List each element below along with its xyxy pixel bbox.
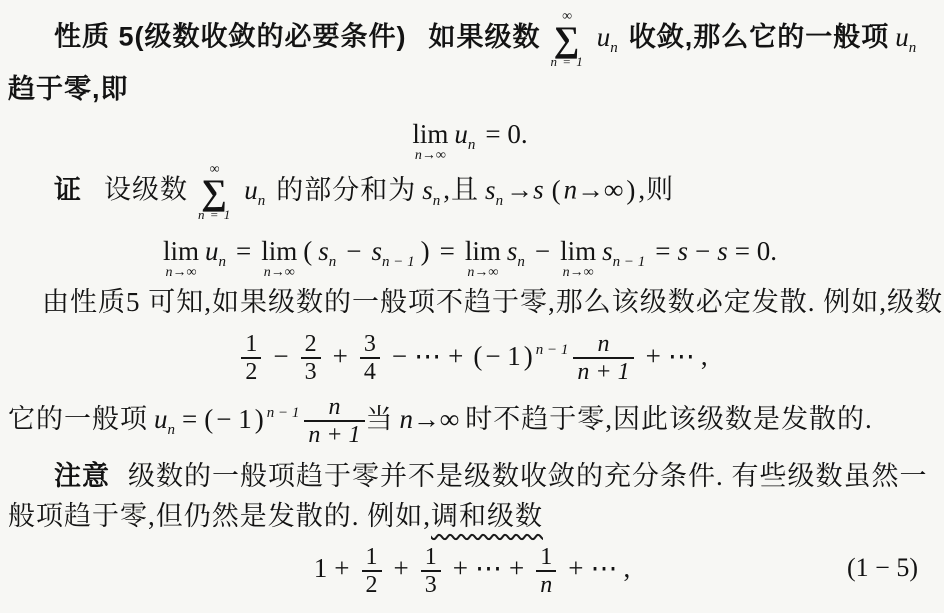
plus-operator: +: [448, 341, 463, 371]
s-variable: s: [533, 175, 544, 205]
plus-operator: +: [646, 341, 661, 371]
u-variable: u: [244, 175, 258, 205]
property5-tail-text: 趋于零,即: [8, 74, 129, 104]
s-variable: s: [318, 236, 329, 266]
when-text: 当: [366, 404, 394, 434]
note-text-1: 级数的一般项趋于零并不是级数收敛的充分条件. 有些级数虽然一: [128, 461, 928, 491]
term-s-n-1: sn − 1: [371, 236, 414, 266]
n-subscript: n: [433, 193, 441, 209]
term-u-n: un: [154, 404, 175, 434]
minus-operator: −: [695, 236, 710, 266]
note-label: 注意: [54, 461, 110, 491]
equals-operator: =: [655, 236, 670, 266]
partial-sum-text: 的部分和为: [276, 175, 416, 205]
cdots-symbol: ⋯: [590, 553, 617, 583]
s-variable: s: [507, 236, 518, 266]
s-variable: s: [371, 236, 382, 266]
plus-operator: +: [334, 553, 349, 583]
diverges-text: 时不趋于零,因此该级数是发散的.: [465, 404, 873, 434]
u-variable: u: [454, 119, 468, 149]
lim-word: lim: [261, 238, 297, 264]
sigma-icon: ∑: [198, 176, 231, 208]
n-minus-1-subscript: n − 1: [382, 254, 415, 270]
summation-symbol: ∞∑n = 1: [551, 10, 584, 69]
property5-lead-text: 如果级数: [429, 22, 541, 52]
note-line2: 般项趋于零,但仍然是发散的. 例如,调和级数: [8, 496, 936, 536]
comma-symbol: ,: [623, 553, 630, 583]
n-to-infinity: n→∞: [400, 404, 460, 434]
open-paren: (: [552, 175, 561, 205]
u-variable: u: [895, 22, 909, 52]
numerator: 1: [362, 545, 382, 570]
open-paren: (: [204, 404, 213, 434]
open-paren: (: [303, 236, 312, 266]
numerator: 1: [241, 332, 261, 357]
sum-lower-limit: n = 1: [551, 55, 584, 69]
n-minus-1-exponent: n − 1: [267, 405, 300, 421]
close-paren: ): [626, 175, 635, 205]
term-s-n: sn: [318, 236, 336, 266]
property5-line2: 趋于零,即: [8, 69, 936, 109]
plus-operator: +: [568, 553, 583, 583]
proof-label: 证: [54, 175, 82, 205]
denominator: 2: [241, 357, 261, 385]
fraction-3-4: 34: [360, 332, 380, 385]
fraction-1-2: 12: [362, 545, 382, 598]
denominator: 4: [360, 357, 380, 385]
denominator: n + 1: [304, 420, 364, 448]
numerator: 1: [536, 545, 556, 570]
summation-symbol: ∞∑n = 1: [198, 163, 231, 222]
term-u-n: un: [454, 119, 475, 149]
sum-lower-limit: n = 1: [198, 208, 231, 222]
n-subscript: n: [329, 254, 337, 270]
by-property5-text: 由性质5 可知,如果级数的一般项不趋于零,那么该级数必定发散. 例如,级数: [42, 287, 943, 317]
sigma-icon: ∑: [551, 23, 584, 55]
u-variable: u: [205, 236, 219, 266]
textbook-page: 性质 5(级数收敛的必要条件)如果级数∞∑n = 1un收敛,那么它的一般项un…: [0, 0, 944, 613]
proof-setup-text: 设级数: [104, 175, 188, 205]
minus-operator: −: [346, 236, 361, 266]
by-property5-paragraph: 由性质5 可知,如果级数的一般项不趋于零,那么该级数必定发散. 例如,级数: [8, 282, 936, 322]
lim-operator: limn→∞: [560, 238, 596, 280]
plus-operator: +: [453, 553, 468, 583]
denominator: 3: [301, 357, 321, 385]
numerator: n: [304, 395, 364, 420]
lim-word: lim: [412, 121, 448, 147]
lim-word: lim: [465, 238, 501, 264]
n-minus-1-exponent: n − 1: [536, 342, 569, 358]
s-variable: s: [485, 175, 496, 205]
lim-operator: limn→∞: [465, 238, 501, 280]
term-u-n: un: [895, 22, 916, 52]
proof-line: 证设级数∞∑n = 1un的部分和为sn,且sn→s(n→∞),则: [8, 163, 936, 222]
note-text-2: 般项趋于零,但仍然是发散的. 例如,: [8, 501, 431, 531]
equation-number: (1 − 5): [847, 538, 918, 598]
formula-alternating-series: 12−23+34−⋯+(− 1)n − 1nn + 1+⋯,: [8, 326, 936, 386]
equals-operator: =: [440, 236, 455, 266]
s-variable: s: [422, 175, 433, 205]
n-subscript: n: [258, 193, 266, 209]
u-variable: u: [154, 404, 168, 434]
lim-subscript: n→∞: [465, 265, 501, 280]
equals-zero: = 0.: [735, 236, 777, 266]
cdots-symbol: ⋯: [414, 341, 441, 371]
general-term-paragraph: 它的一般项un=(− 1)n − 1nn + 1当n→∞时不趋于零,因此该级数是…: [8, 390, 936, 448]
s-variable: s: [678, 236, 689, 266]
arrow-symbol: →: [506, 175, 533, 205]
equals-zero: = 0.: [485, 119, 527, 149]
lim-word: lim: [163, 238, 199, 264]
close-paren: ): [524, 341, 533, 371]
denominator: n: [536, 570, 556, 598]
close-paren: ): [421, 236, 430, 266]
numerator: 2: [301, 332, 321, 357]
formula-lim-un-zero: limn→∞un= 0.: [8, 111, 936, 163]
lim-operator: limn→∞: [163, 238, 199, 280]
then-text: ,则: [638, 175, 674, 205]
denominator: n + 1: [573, 357, 633, 385]
s-variable: s: [602, 236, 613, 266]
term-s-n: sn: [422, 175, 440, 205]
n-minus-1-subscript: n − 1: [613, 254, 646, 270]
term-s-n-1: sn − 1: [602, 236, 645, 266]
term-u-n: un: [244, 175, 265, 205]
open-paren: (: [473, 341, 482, 371]
note-line1: 注意级数的一般项趋于零并不是级数收敛的充分条件. 有些级数虽然一: [8, 456, 936, 496]
lim-subscript: n→∞: [560, 265, 596, 280]
denominator: 3: [421, 570, 441, 598]
general-term-text: 它的一般项: [8, 404, 148, 434]
minus-operator: −: [392, 341, 407, 371]
n-subscript: n: [468, 137, 476, 153]
n-subscript: n: [218, 254, 226, 270]
one-term: 1: [314, 553, 328, 583]
minus-one: − 1: [485, 341, 520, 371]
property5-mid-text: 收敛,那么它的一般项: [629, 22, 890, 52]
cdots-symbol: ⋯: [475, 553, 502, 583]
comma-symbol: ,: [701, 341, 708, 371]
lim-subscript: n→∞: [412, 148, 448, 163]
s-variable: s: [717, 236, 728, 266]
numerator: 3: [360, 332, 380, 357]
u-variable: u: [597, 22, 611, 52]
lim-operator: limn→∞: [412, 121, 448, 163]
lim-operator: limn→∞: [261, 238, 297, 280]
n-subscript: n: [168, 422, 176, 438]
fraction-n-over-n-plus-1: nn + 1: [573, 332, 633, 385]
fraction-1-2: 12: [241, 332, 261, 385]
n-subscript: n: [496, 193, 504, 209]
equals-operator: =: [236, 236, 251, 266]
denominator: 2: [362, 570, 382, 598]
property5-line1: 性质 5(级数收敛的必要条件)如果级数∞∑n = 1un收敛,那么它的一般项un: [8, 10, 936, 69]
term-s-n: sn: [507, 236, 525, 266]
lim-word: lim: [560, 238, 596, 264]
close-paren: ): [255, 404, 264, 434]
n-subscript: n: [610, 40, 618, 56]
cdots-symbol: ⋯: [668, 341, 695, 371]
and-text: ,且: [443, 175, 479, 205]
term-s-n: sn: [485, 175, 503, 205]
fraction-1-n: 1n: [536, 545, 556, 598]
lim-subscript: n→∞: [163, 265, 199, 280]
n-subscript: n: [909, 40, 917, 56]
minus-one: − 1: [216, 404, 251, 434]
minus-operator: −: [273, 341, 288, 371]
term-u-n: un: [597, 22, 618, 52]
fraction-1-3: 13: [421, 545, 441, 598]
harmonic-series-term: 调和级数: [431, 501, 543, 531]
fraction-n-over-n-plus-1: nn + 1: [304, 395, 364, 448]
plus-operator: +: [394, 553, 409, 583]
n-subscript: n: [517, 254, 525, 270]
minus-operator: −: [535, 236, 550, 266]
equals-operator: =: [182, 404, 197, 434]
property5-heading: 性质 5(级数收敛的必要条件): [54, 22, 407, 52]
formula-lim-expansion: limn→∞un=limn→∞(sn−sn − 1)=limn→∞sn−limn…: [8, 226, 936, 280]
n-to-infinity: n→∞: [564, 175, 624, 205]
formula-harmonic-series: 1+12+13+⋯+1n+⋯, (1 − 5): [8, 538, 936, 598]
plus-operator: +: [333, 341, 348, 371]
numerator: 1: [421, 545, 441, 570]
lim-subscript: n→∞: [261, 265, 297, 280]
term-u-n: un: [205, 236, 226, 266]
plus-operator: +: [509, 553, 524, 583]
fraction-2-3: 23: [301, 332, 321, 385]
numerator: n: [573, 332, 633, 357]
